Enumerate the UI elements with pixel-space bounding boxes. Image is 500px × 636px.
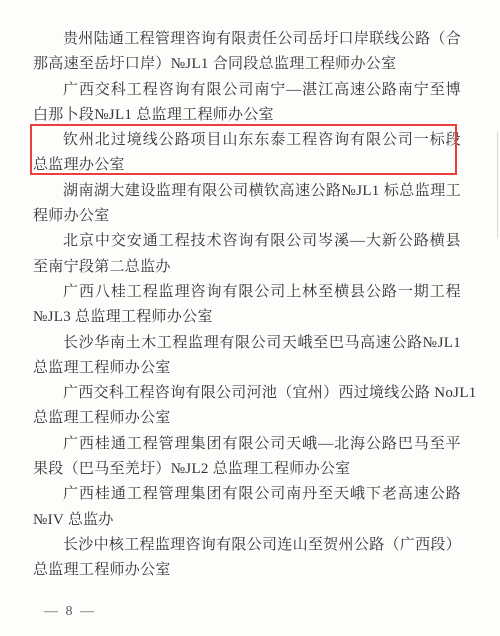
entry: 广西桂通工程管理集团有限公司天峨—北海公路巴马至平 果段（巴马至羌圩）№JL2 … — [33, 432, 461, 483]
entry: 广西八桂工程监理咨询有限公司上林至横县公路一期工程 №JL3 总监理工程师办公室 — [33, 280, 461, 331]
entry: 贵州陆通工程管理咨询有限责任公司岳圩口岸联线公路（合 那高速至岳圩口岸）№JL1… — [33, 27, 461, 78]
document-page: { "colors": { "background": "#fdfdfb", "… — [0, 0, 500, 636]
entry-line: 程师办公室 — [33, 204, 461, 229]
entry-line: 总监理办公室 — [33, 153, 461, 178]
entry-line: 白那卜段№JL1 总监理工程师办公室 — [33, 103, 461, 128]
entry-line: 湖南湖大建设监理有限公司横钦高速公路№JL1 标总监理工 — [33, 179, 461, 204]
entry-line: 总监理工程师办公室 — [33, 356, 461, 381]
entry-line: 广西交科工程咨询有限公司河池（宜州）西过境线公路 NoJL1 — [33, 381, 461, 406]
entry-line: 北京中交安通工程技术咨询有限公司岑溪—大新公路横县 — [33, 229, 461, 254]
entry-line: №JL3 总监理工程师办公室 — [33, 305, 461, 330]
page-edge-line — [497, 132, 498, 238]
entry-line: 至南宁段第二总监办 — [33, 255, 461, 280]
entry-line: 长沙中核工程监理咨询有限公司连山至贺州公路（广西段） — [33, 533, 461, 558]
entry: 广西交科工程咨询有限公司河池（宜州）西过境线公路 NoJL1 总监理工程师办公室 — [33, 381, 461, 432]
entry-line: 贵州陆通工程管理咨询有限责任公司岳圩口岸联线公路（合 — [33, 27, 461, 52]
entry-line: №IV 总监办 — [33, 508, 461, 533]
document-body: 贵州陆通工程管理咨询有限责任公司岳圩口岸联线公路（合 那高速至岳圩口岸）№JL1… — [33, 27, 461, 584]
page-number: — 8 — — [44, 604, 96, 620]
entry-line: 果段（巴马至羌圩）№JL2 总监理工程师办公室 — [33, 457, 461, 482]
entry: 广西桂通工程管理集团有限公司南丹至天峨下老高速公路 №IV 总监办 — [33, 482, 461, 533]
entry-highlighted: 钦州北过境线公路项目山东东泰工程咨询有限公司一标段 总监理办公室 — [33, 128, 461, 179]
entry-line: 广西八桂工程监理咨询有限公司上林至横县公路一期工程 — [33, 280, 461, 305]
entry: 长沙华南土木工程监理有限公司天峨至巴马高速公路№JL1 总监理工程师办公室 — [33, 331, 461, 382]
entry-line: 长沙华南土木工程监理有限公司天峨至巴马高速公路№JL1 — [33, 331, 461, 356]
entry: 湖南湖大建设监理有限公司横钦高速公路№JL1 标总监理工 程师办公室 — [33, 179, 461, 230]
entry-line: 广西桂通工程管理集团有限公司南丹至天峨下老高速公路 — [33, 482, 461, 507]
entry: 北京中交安通工程技术咨询有限公司岑溪—大新公路横县 至南宁段第二总监办 — [33, 229, 461, 280]
entry: 长沙中核工程监理咨询有限公司连山至贺州公路（广西段） 总监理工程师办公室 — [33, 533, 461, 584]
entry-line: 那高速至岳圩口岸）№JL1 合同段总监理工程师办公室 — [33, 52, 461, 77]
entry-line: 钦州北过境线公路项目山东东泰工程咨询有限公司一标段 — [33, 128, 461, 153]
entry-line: 广西交科工程咨询有限公司南宁—湛江高速公路南宁至博 — [33, 78, 461, 103]
entry-line: 广西桂通工程管理集团有限公司天峨—北海公路巴马至平 — [33, 432, 461, 457]
entry-line: 总监理工程师办公室 — [33, 406, 461, 431]
entry: 广西交科工程咨询有限公司南宁—湛江高速公路南宁至博 白那卜段№JL1 总监理工程… — [33, 78, 461, 129]
entry-line: 总监理工程师办公室 — [33, 558, 461, 583]
